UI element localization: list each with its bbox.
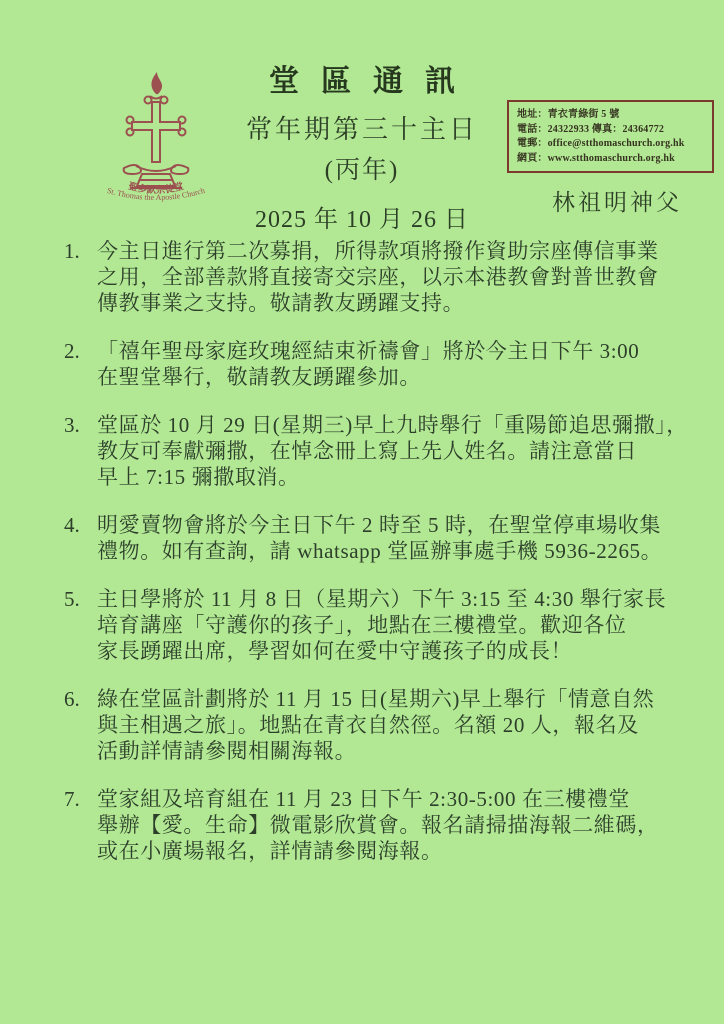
- item-line: 在聖堂舉行，敬請教友踴躍參加。: [97, 364, 666, 390]
- contact-website: 網頁：www.stthomaschurch.org.hk: [517, 152, 705, 167]
- item-number: 5.: [64, 586, 97, 664]
- item-line: 傳教事業之支持。敬請教友踴躍支持。: [97, 290, 666, 316]
- contact-address: 地址：青衣青綠街 5 號: [517, 108, 705, 123]
- item-number: 4.: [64, 512, 97, 564]
- item-line: 家長踴躍出席，學習如何在愛中守護孩子的成長！: [97, 638, 666, 664]
- item-line: 培育講座「守護你的孩子」，地點在三樓禮堂。歡迎各位: [97, 612, 666, 638]
- announcement-item-5: 5. 主日學將於 11 月 8 日（星期六）下午 3:15 至 4:30 舉行家…: [64, 586, 666, 664]
- announcement-item-4: 4. 明愛賣物會將於今主日下午 2 時至 5 時，在聖堂停車場收集 禮物。如有查…: [64, 512, 666, 564]
- item-text: 堂家組及培育組在 11 月 23 日下午 2:30-5:00 在三樓禮堂 舉辦【…: [97, 786, 666, 864]
- item-line: 今主日進行第二次募捐，所得款項將撥作資助宗座傳信事業: [97, 238, 666, 264]
- item-text: 主日學將於 11 月 8 日（星期六）下午 3:15 至 4:30 舉行家長 培…: [97, 586, 666, 664]
- item-number: 2.: [64, 338, 97, 390]
- item-line: 「禧年聖母家庭玫瑰經結束祈禱會」將於今主日下午 3:00: [97, 338, 666, 364]
- item-line: 主日學將於 11 月 8 日（星期六）下午 3:15 至 4:30 舉行家長: [97, 586, 666, 612]
- item-line: 禮物。如有查詢，請 whatsapp 堂區辦事處手機 5936-2265。: [97, 538, 666, 564]
- announcement-item-3: 3. 堂區於 10 月 29 日(星期三)早上九時舉行「重陽節追思彌撒」， 教友…: [64, 412, 666, 490]
- bulletin-title: 堂區通訊: [0, 56, 724, 100]
- announcement-item-2: 2. 「禧年聖母家庭玫瑰經結束祈禱會」將於今主日下午 3:00 在聖堂舉行，敬請…: [64, 338, 666, 390]
- item-line: 之用，全部善款將直接寄交宗座，以示本港教會對普世教會: [97, 264, 666, 290]
- item-line: 或在小廣場報名，詳情請參閱海報。: [97, 838, 666, 864]
- item-line: 堂家組及培育組在 11 月 23 日下午 2:30-5:00 在三樓禮堂: [97, 786, 666, 812]
- contact-info-box: 地址：青衣青綠街 5 號 電話：24322933 傳真：24364772 電郵：…: [507, 100, 714, 173]
- item-number: 6.: [64, 686, 97, 764]
- item-text: 綠在堂區計劃將於 11 月 15 日(星期六)早上舉行「情意自然 與主相遇之旅」…: [97, 686, 666, 764]
- priest-name: 林祖明神父: [552, 184, 682, 217]
- announcement-item-1: 1. 今主日進行第二次募捐，所得款項將撥作資助宗座傳信事業 之用，全部善款將直接…: [64, 238, 666, 316]
- item-text: 今主日進行第二次募捐，所得款項將撥作資助宗座傳信事業 之用，全部善款將直接寄交宗…: [97, 238, 666, 316]
- item-text: 堂區於 10 月 29 日(星期三)早上九時舉行「重陽節追思彌撒」， 教友可奉獻…: [97, 412, 688, 490]
- item-line: 綠在堂區計劃將於 11 月 15 日(星期六)早上舉行「情意自然: [97, 686, 666, 712]
- contact-phone-fax: 電話：24322933 傳真：24364772: [517, 123, 705, 138]
- bulletin-header: 聖多默宗徒堂 St. Thomas the Apostle Church 堂區通…: [0, 0, 724, 232]
- item-line: 明愛賣物會將於今主日下午 2 時至 5 時，在聖堂停車場收集: [97, 512, 666, 538]
- bulletin-page: 聖多默宗徒堂 St. Thomas the Apostle Church 堂區通…: [0, 0, 724, 1024]
- item-line: 早上 7:15 彌撒取消。: [97, 464, 688, 490]
- item-line: 與主相遇之旅」。地點在青衣自然徑。名額 20 人，報名及: [97, 712, 666, 738]
- announcement-list: 1. 今主日進行第二次募捐，所得款項將撥作資助宗座傳信事業 之用，全部善款將直接…: [64, 238, 666, 864]
- item-line: 舉辦【愛。生命】微電影欣賞會。報名請掃描海報二維碼，: [97, 812, 666, 838]
- item-number: 3.: [64, 412, 97, 490]
- item-text: 明愛賣物會將於今主日下午 2 時至 5 時，在聖堂停車場收集 禮物。如有查詢，請…: [97, 512, 666, 564]
- item-line: 堂區於 10 月 29 日(星期三)早上九時舉行「重陽節追思彌撒」，: [97, 412, 688, 438]
- item-line: 教友可奉獻彌撒，在悼念冊上寫上先人姓名。請注意當日: [97, 438, 688, 464]
- item-number: 7.: [64, 786, 97, 864]
- item-text: 「禧年聖母家庭玫瑰經結束祈禱會」將於今主日下午 3:00 在聖堂舉行，敬請教友踴…: [97, 338, 666, 390]
- announcement-item-7: 7. 堂家組及培育組在 11 月 23 日下午 2:30-5:00 在三樓禮堂 …: [64, 786, 666, 864]
- item-number: 1.: [64, 238, 97, 316]
- item-line: 活動詳情請參閱相關海報。: [97, 738, 666, 764]
- announcement-item-6: 6. 綠在堂區計劃將於 11 月 15 日(星期六)早上舉行「情意自然 與主相遇…: [64, 686, 666, 764]
- contact-email: 電郵：office@stthomaschurch.org.hk: [517, 137, 705, 152]
